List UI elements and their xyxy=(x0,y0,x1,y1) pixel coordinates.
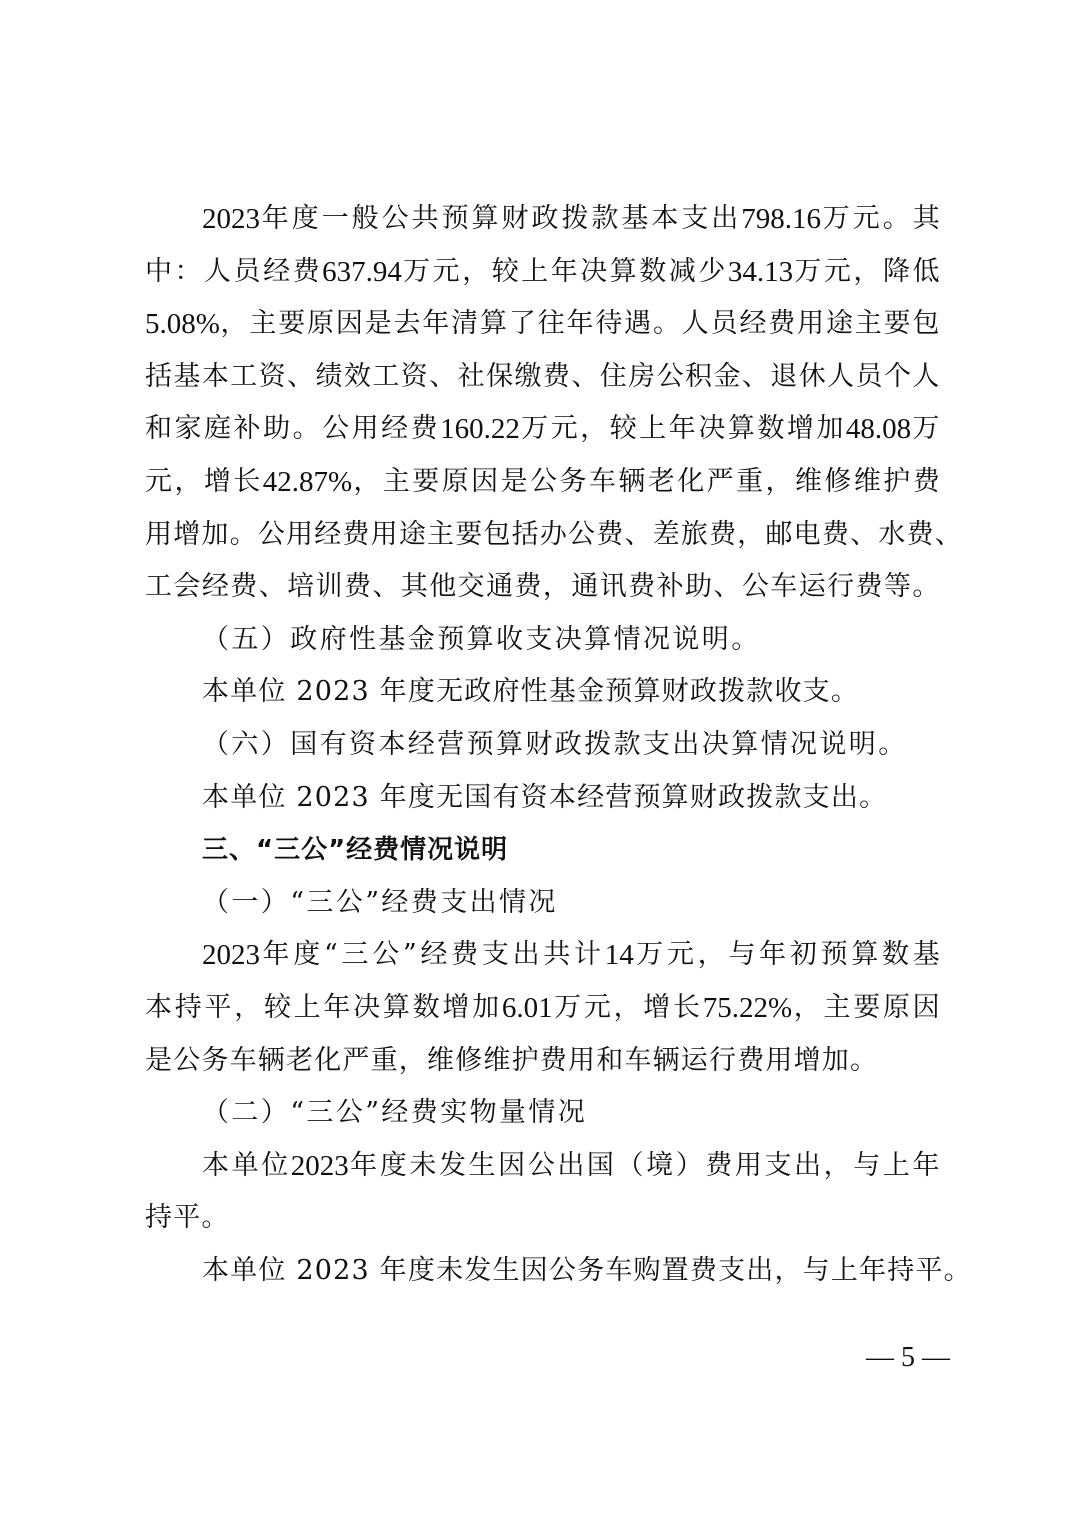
text-line: 本持平，较上年决算数增加6.01万元，增长75.22%，主要原因 xyxy=(145,982,941,1035)
text-line: 是公务车辆老化严重，维修维护费用和车辆运行费用增加。 xyxy=(145,1035,941,1088)
text-line: 5.08%，主要原因是去年清算了往年待遇。人员经费用途主要包 xyxy=(145,298,941,351)
paragraph-vehicle-purchase: 本单位 2023 年度未发生因公务车购置费支出，与上年持平。 xyxy=(145,1245,941,1298)
text-line: 2023年度“三公”经费支出共计14万元，与年初预算数基 xyxy=(145,929,941,982)
paragraph-government-fund: 本单位 2023 年度无政府性基金预算财政拨款收支。 xyxy=(145,666,941,719)
text-line: 和家庭补助。公用经费160.22万元，较上年决算数增加48.08万 xyxy=(145,403,941,456)
paragraph-basic-expenditure: 2023年度一般公共预算财政拨款基本支出798.16万元。其 中：人员经费637… xyxy=(145,193,941,614)
text-line: 本单位2023年度未发生因公出国（境）费用支出，与上年 xyxy=(145,1140,941,1193)
paragraph-expense-status: 2023年度“三公”经费支出共计14万元，与年初预算数基 本持平，较上年决算数增… xyxy=(145,929,941,1087)
text-line: 工会经费、培训费、其他交通费，通讯费补助、公车运行费等。 xyxy=(145,561,941,614)
paragraph-overseas-travel: 本单位2023年度未发生因公出国（境）费用支出，与上年 持平。 xyxy=(145,1140,941,1245)
text-line: 持平。 xyxy=(145,1192,941,1245)
section-subheading-physical-quantity: （二）“三公”经费实物量情况 xyxy=(145,1087,941,1140)
text-line: 用增加。公用经费用途主要包括办公费、差旅费，邮电费、水费、 xyxy=(145,509,941,562)
document-page: 2023年度一般公共预算财政拨款基本支出798.16万元。其 中：人员经费637… xyxy=(145,193,941,1297)
section-subheading-state-capital: （六）国有资本经营预算财政拨款支出决算情况说明。 xyxy=(145,719,941,772)
text-line: 元，增长42.87%，主要原因是公务车辆老化严重，维修维护费 xyxy=(145,456,941,509)
text-line: 2023年度一般公共预算财政拨款基本支出798.16万元。其 xyxy=(145,193,941,246)
text-line: 中：人员经费637.94万元，较上年决算数减少34.13万元，降低 xyxy=(145,246,941,299)
section-subheading-government-fund: （五）政府性基金预算收支决算情况说明。 xyxy=(145,614,941,667)
page-number: — 5 — xyxy=(866,1342,950,1374)
section-subheading-expense-status: （一）“三公”经费支出情况 xyxy=(145,877,941,930)
text-line: 括基本工资、绩效工资、社保缴费、住房公积金、退休人员个人 xyxy=(145,351,941,404)
section-heading-three-public-expenses: 三、“三公”经费情况说明 xyxy=(145,824,941,877)
paragraph-state-capital: 本单位 2023 年度无国有资本经营预算财政拨款支出。 xyxy=(145,772,941,825)
